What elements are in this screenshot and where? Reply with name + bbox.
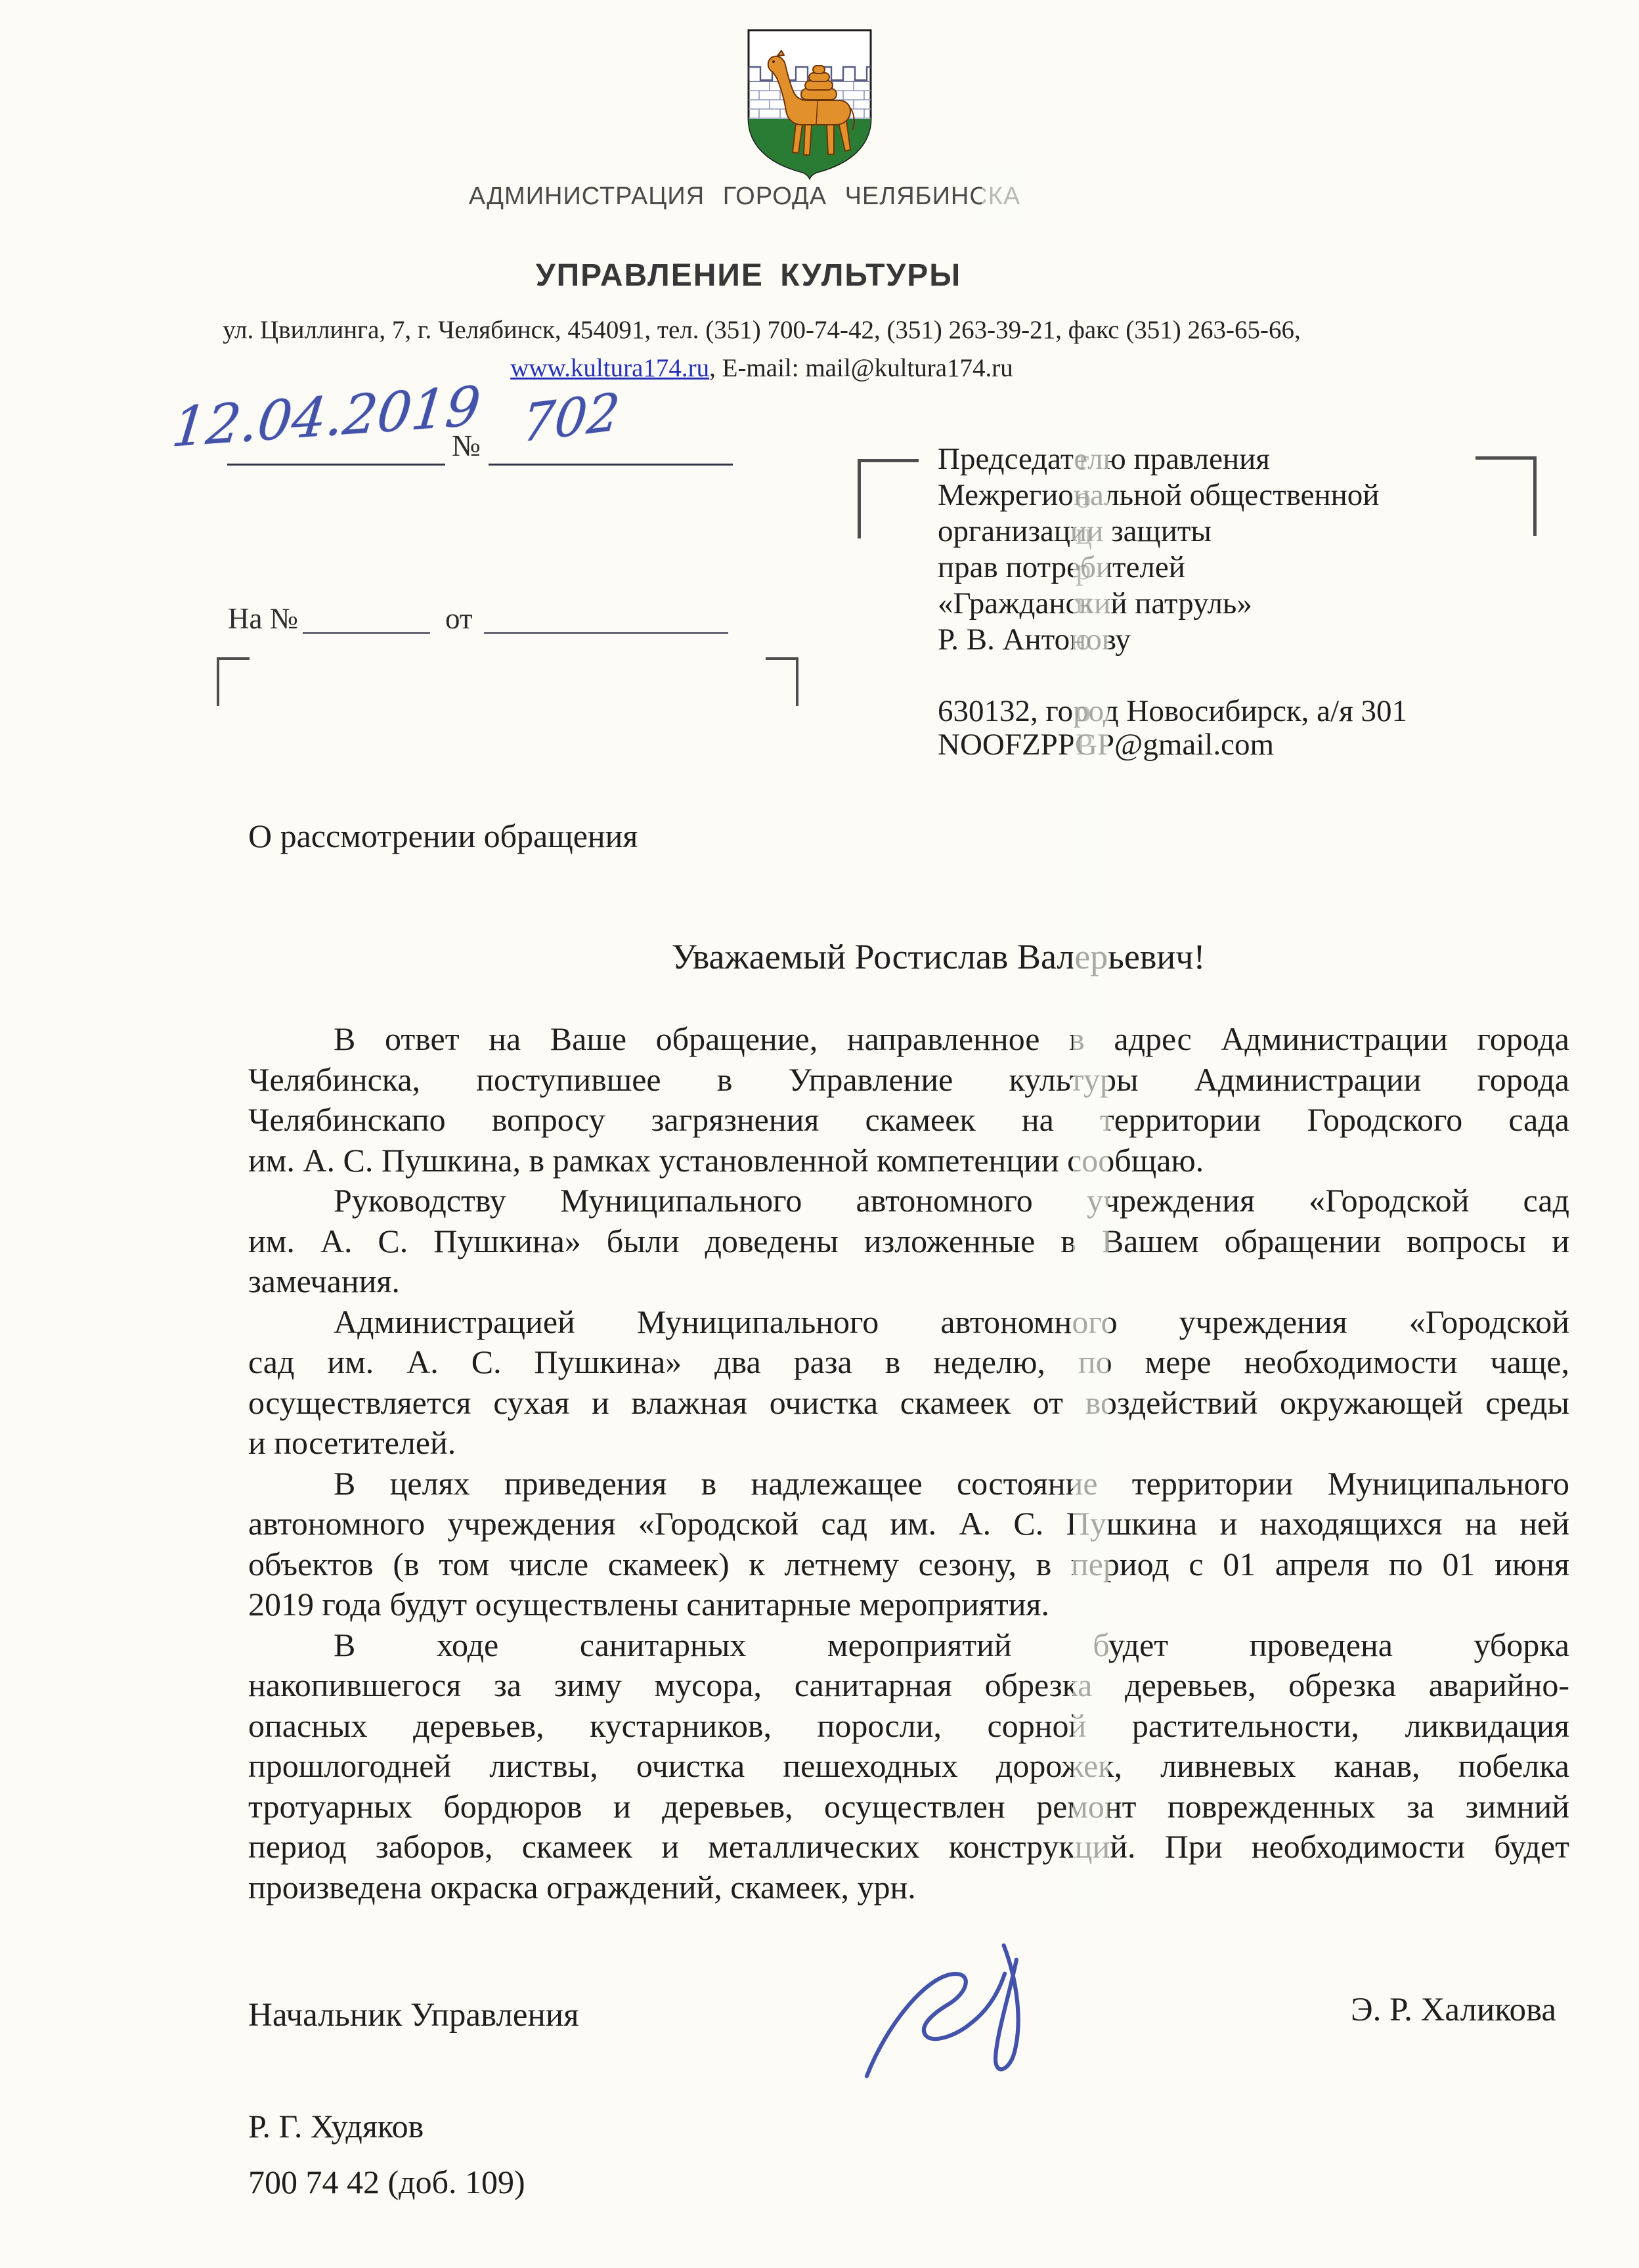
handwritten-date: 12.04.2019 — [169, 375, 483, 460]
body-line: Челябинскапо вопросу загрязнения скамеек… — [248, 1100, 1569, 1141]
email-text: , E-mail: mail@kultura174.ru — [709, 354, 1013, 382]
body-line: В ходе санитарных мероприятий будет пров… — [248, 1625, 1569, 1666]
body-line: Администрацией Муниципального автономног… — [248, 1302, 1569, 1343]
executor-name: Р. Г. Худяков — [248, 2107, 424, 2145]
corner-mark — [858, 459, 919, 538]
body-line: прошлогодней листвы, очистка пешеходных … — [248, 1746, 1569, 1787]
recipient-line: организации защиты — [938, 513, 1379, 550]
recipient-lines: Председателю правленияМежрегиональной об… — [938, 441, 1379, 658]
body-line: объектов (в том числе скамеек) к летнему… — [248, 1544, 1569, 1585]
body-line: им. А. С. Пушкина, в рамках установленно… — [248, 1141, 1569, 1181]
recipient-line: Р. В. Антонову — [938, 622, 1379, 658]
body-line: тротуарных бордюров и деревьев, осуществ… — [248, 1787, 1569, 1827]
page: АДМИНИСТРАЦИЯ ГОРОДА ЧЕЛЯБИНСКА УПРАВЛЕН… — [0, 0, 1639, 2268]
recipient-line: Межрегиональной общественной — [938, 477, 1379, 513]
number-sign-label: № — [452, 428, 481, 463]
handwritten-number: 702 — [520, 382, 623, 454]
recipient-postal-line: 630132, город Новосибирск, а/я 301 — [938, 693, 1407, 729]
body-line: осуществляется сухая и влажная очистка с… — [248, 1383, 1569, 1424]
org-title: АДМИНИСТРАЦИЯ ГОРОДА ЧЕЛЯБИНСКА — [0, 183, 1489, 211]
corner-mark — [217, 657, 250, 706]
salutation: Уважаемый Ростислав Валерьевич! — [248, 936, 1569, 977]
body-line: им. А. С. Пушкина» были доведены изложен… — [248, 1221, 1569, 1262]
website-link[interactable]: www.kultura174.ru — [510, 354, 709, 382]
corner-mark — [1475, 456, 1537, 536]
body-paragraph: Руководству Муниципального автономного у… — [248, 1181, 1569, 1302]
body-line: В ответ на Ваше обращение, направленное … — [248, 1019, 1569, 1060]
reply-date-underline — [484, 632, 728, 634]
body-line: В целях приведения в надлежащее состояни… — [248, 1464, 1569, 1504]
body-line: автономного учреждения «Городской сад им… — [248, 1504, 1569, 1544]
body-line: сад им. А. С. Пушкина» два раза в неделю… — [248, 1342, 1569, 1383]
recipient-line: «Гражданский патруль» — [938, 586, 1379, 622]
body-paragraph: В целях приведения в надлежащее состояни… — [248, 1464, 1569, 1625]
reply-to-number-label: На № — [228, 601, 298, 636]
chelyabinsk-coat-of-arms-icon — [743, 26, 876, 180]
body-line: накопившегося за зиму мусора, санитарная… — [248, 1665, 1569, 1706]
body-line: опасных деревьев, кустарников, поросли, … — [248, 1706, 1569, 1747]
reply-number-underline — [303, 632, 430, 634]
body-line: Руководству Муниципального автономного у… — [248, 1181, 1569, 1221]
date-underline — [227, 464, 445, 466]
letter-body: В ответ на Ваше обращение, направленное … — [248, 1019, 1569, 1908]
body-line: замечания. — [248, 1261, 1569, 1302]
number-underline — [489, 464, 733, 466]
reply-from-label: от — [445, 601, 473, 636]
signer-name: Э. Р. Халикова — [1351, 1991, 1556, 2029]
corner-mark — [766, 657, 798, 706]
recipient-line: прав потребителей — [938, 550, 1379, 586]
recipient-email: NOOFZPPGP@gmail.com — [938, 727, 1274, 762]
body-line: 2019 года будут осуществлены санитарные … — [248, 1584, 1569, 1625]
body-line: произведена окраска ограждений, скамеек,… — [248, 1867, 1569, 1908]
signer-position: Начальник Управления — [248, 1996, 579, 2034]
org-address-line: ул. Цвиллинга, 7, г. Челябинск, 454091, … — [0, 315, 1523, 345]
subject-line: О рассмотрении обращения — [248, 817, 638, 855]
body-line: Челябинска, поступившее в Управление кул… — [248, 1060, 1569, 1101]
body-line: период заборов, скамеек и металлических … — [248, 1827, 1569, 1867]
executor-phone: 700 74 42 (доб. 109) — [248, 2163, 525, 2201]
org-contacts-line: www.kultura174.ru, E-mail: mail@kultura1… — [0, 353, 1523, 383]
recipient-line: Председателю правления — [938, 441, 1379, 477]
body-line: и посетителей. — [248, 1423, 1569, 1464]
body-paragraph: В ответ на Ваше обращение, направленное … — [248, 1019, 1569, 1181]
body-paragraph: В ходе санитарных мероприятий будет пров… — [248, 1625, 1569, 1908]
department-title: УПРАВЛЕНИЕ КУЛЬТУРЫ — [0, 257, 1497, 294]
signature-scribble — [843, 1929, 1104, 2101]
body-paragraph: Администрацией Муниципального автономног… — [248, 1302, 1569, 1464]
